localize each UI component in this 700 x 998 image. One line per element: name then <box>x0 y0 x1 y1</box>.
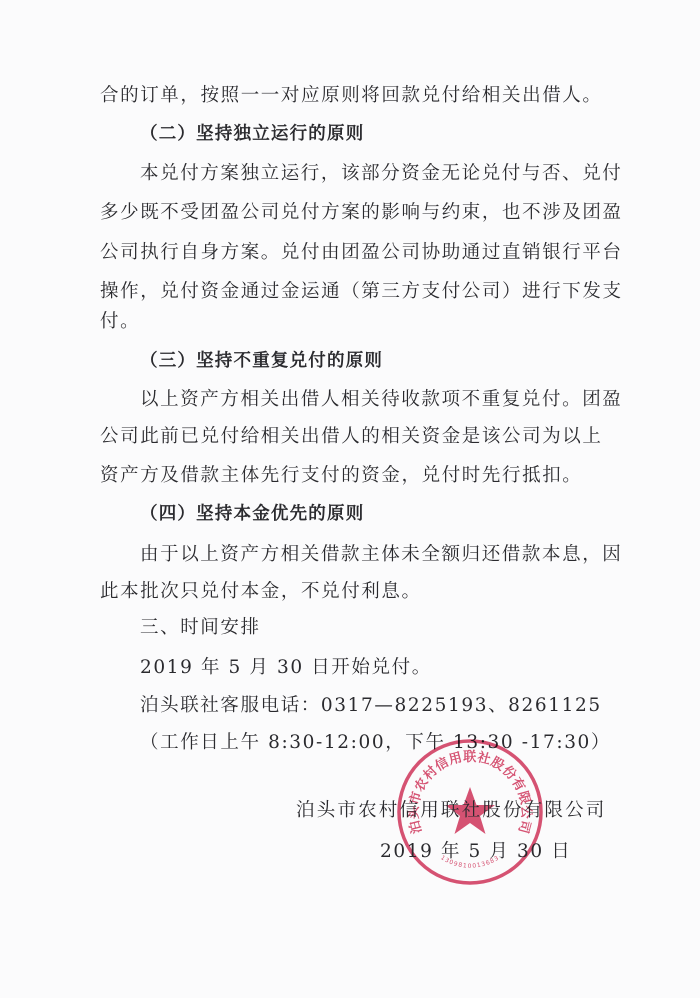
document-page: 合的订单，按照一一对应原则将回款兑付给相关出借人。 （二）坚持独立运行的原则 本… <box>0 0 700 998</box>
paragraph-line: 合的订单，按照一一对应原则将回款兑付给相关出借人。 <box>100 84 603 108</box>
paragraph-line: 公司执行自身方案。兑付由团盈公司协助通过直销银行平台 <box>100 241 623 265</box>
paragraph-line: 由于以上资产方相关借款主体未全额归还借款本息，因 <box>140 543 622 567</box>
paragraph-line: 以上资产方相关出借人相关待收款项不重复兑付。团盈 <box>140 388 622 412</box>
paragraph-line: 多少既不受团盈公司兑付方案的影响与约束，也不涉及团盈 <box>100 201 623 225</box>
hotline-line: 泊头联社客服电话：0317—8225193、8261125 <box>140 694 602 718</box>
signature-organization: 泊头市农村信用联社股份有限公司 <box>296 796 607 822</box>
section-heading-3: （三）坚持不重复兑付的原则 <box>140 349 383 373</box>
section-heading-time: 三、时间安排 <box>140 616 261 640</box>
signature-date: 2019 年 5 月 30 日 <box>380 837 571 863</box>
section-heading-4: （四）坚持本金优先的原则 <box>140 502 364 526</box>
section-heading-2: （二）坚持独立运行的原则 <box>140 122 364 146</box>
paragraph-line: 本兑付方案独立运行，该部分资金无论兑付与否、兑付 <box>140 162 622 186</box>
paragraph-line: 付。 <box>100 310 140 334</box>
paragraph-line: 操作，兑付资金通过金运通（第三方支付公司）进行下发支 <box>100 280 623 304</box>
paragraph-line: 资产方及借款主体先行支付的资金，兑付时先行抵扣。 <box>100 464 582 488</box>
start-date-line: 2019 年 5 月 30 日开始兑付。 <box>140 656 432 680</box>
paragraph-line: 此本批次只兑付本金，不兑付利息。 <box>100 580 422 604</box>
paragraph-line: 公司此前已兑付给相关出借人的相关资金是该公司为以上 <box>100 425 603 449</box>
